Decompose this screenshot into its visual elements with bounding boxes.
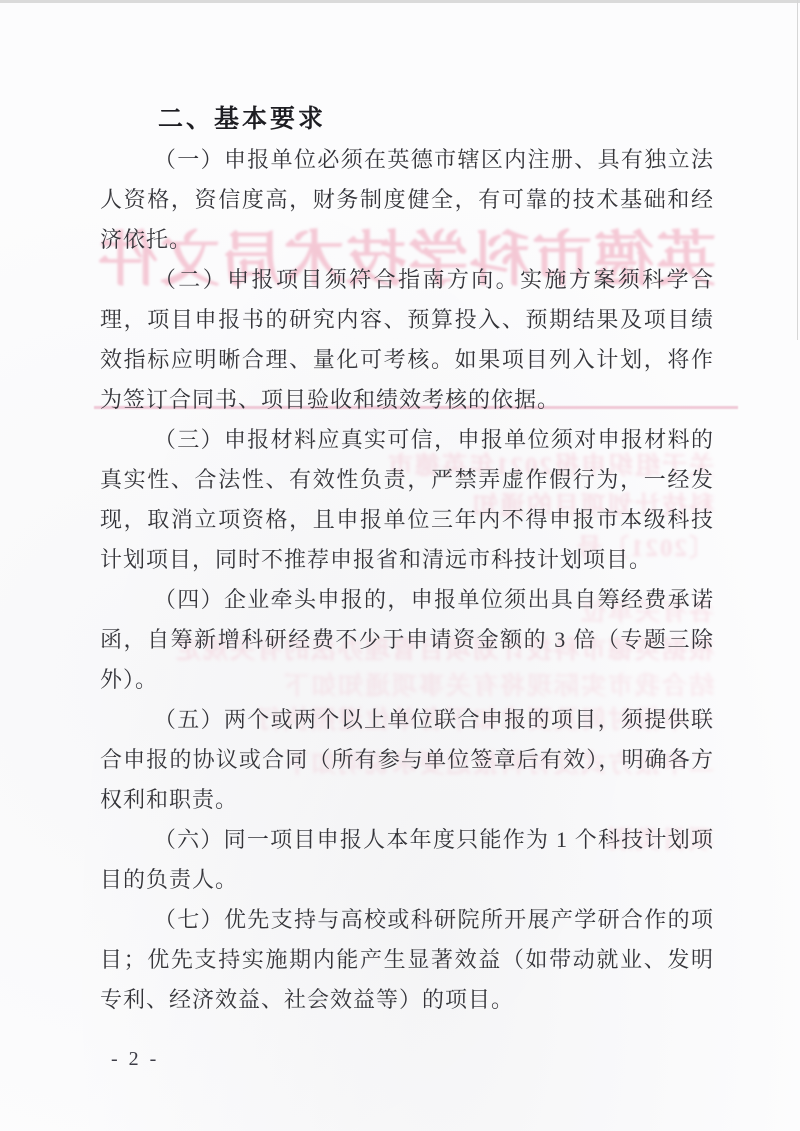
scan-top-edge [0, 0, 800, 3]
paragraph-item-1: （一）申报单位必须在英德市辖区内注册、具有独立法人资格，资信度高，财务制度健全，… [100, 140, 714, 260]
paragraph-item-7: （七）优先支持与高校或科研院所开展产学研合作的项目；优先支持实施期内能产生显著效… [100, 900, 714, 1020]
paragraph-item-6: （六）同一项目申报人本年度只能作为 1 个科技计划项目的负责人。 [100, 820, 714, 900]
paragraph-item-3: （三）申报材料应真实可信，申报单位须对申报材料的真实性、合法性、有效性负责，严禁… [100, 420, 714, 580]
scan-right-edge [797, 0, 798, 340]
page-number: - 2 - [111, 1048, 159, 1071]
section-heading: 二、基本要求 [100, 100, 714, 140]
scanned-document-page: { "document": { "heading": "二、基本要求", "pa… [0, 0, 800, 1131]
paragraph-item-5: （五）两个或两个以上单位联合申报的项目，须提供联合申报的协议或合同（所有参与单位… [100, 700, 714, 820]
document-body: 二、基本要求 （一）申报单位必须在英德市辖区内注册、具有独立法人资格，资信度高，… [100, 100, 714, 1020]
paragraph-item-4: （四）企业牵头申报的，申报单位须出具自筹经费承诺函，自筹新增科研经费不少于申请资… [100, 580, 714, 700]
paragraph-item-2: （二）申报项目须符合指南方向。实施方案须科学合理，项目申报书的研究内容、预算投入… [100, 260, 714, 420]
